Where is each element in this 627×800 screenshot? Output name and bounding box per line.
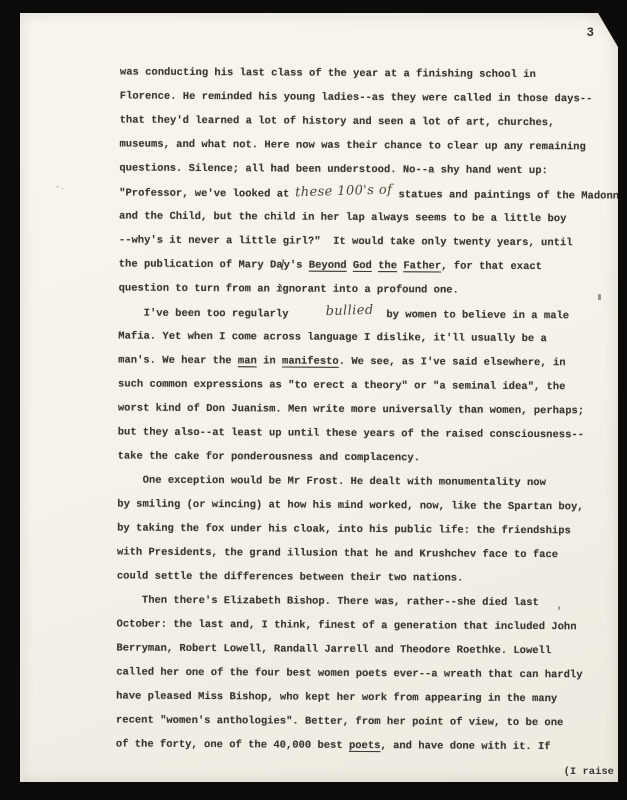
typed-text-segment: museums, and what not. Here now was thei… [119,138,585,153]
typed-text-segment: by smiling (or wincing) at how his mind … [117,498,583,513]
typed-line: Then there's Elizabeth Bishop. There was… [117,588,611,615]
margin-smudge: -. [56,182,65,191]
typed-text-segment: Berryman, Robert Lowell, Randall Jarrell… [116,642,551,657]
footer-continuation: (I raise [564,760,614,784]
typed-text-segment: October: the last and, I think, finest o… [117,618,577,633]
typed-line: have pleased Miss Bishop, who kept her w… [116,684,610,711]
handwritten-annotation: these 100's of [289,178,399,205]
typed-text-block: was conducting his last class of the yea… [116,60,614,759]
typed-text-segment: and the Child, but the child in her lap … [119,210,566,225]
typed-text-segment: man's. We hear the [118,354,238,367]
inserted-letter: l [281,254,285,278]
typed-text-segment: by women to believe in a male [380,309,569,322]
typed-line: "Professor, we've looked atthese 100's o… [119,180,613,207]
typed-text-segment: questions. Silence; all had been underst… [119,162,548,177]
typed-text-segment: Mafia. Yet when I come across language I… [118,330,547,345]
underlined-word: man [238,355,257,367]
typed-text-segment: Then there's Elizabeth Bishop. There was… [142,595,539,609]
typed-line: I've been too regularly bullied by women… [118,300,612,327]
typed-line: Berryman, Robert Lowell, Randall Jarrell… [116,636,610,663]
typed-text-segment: the publication of Mary Da [119,258,283,271]
typed-line: by smiling (or wincing) at how his mind … [117,492,611,519]
underlined-word: poets [349,740,381,752]
typed-line: by taking the fox under his cloak, into … [117,516,611,543]
typed-line: recent "women's anthologies". Better, fr… [116,708,610,735]
typed-line: worst kind of Don Juanism. Men write mor… [118,396,612,423]
underlined-word: God [353,260,372,272]
typed-line: but they also--at least up until these y… [118,420,612,447]
typed-line: with Presidents, the grand illusion that… [117,540,611,567]
typed-text-segment: statues and paintings of the Madonna [399,189,626,202]
typed-line: take the cake for ponderousness and comp… [118,444,612,471]
typed-line: was conducting his last class of the yea… [120,60,614,87]
typed-text-segment: question to turn from an ignorant into a… [119,282,459,296]
typed-text-segment: --why's it never a little girl?" It woul… [119,234,573,249]
typed-line: such common expressions as "to erect a t… [118,372,612,399]
underlined-word: Father [403,260,441,272]
typed-text-segment: . We see, as I've said elsewhere, in [339,356,566,369]
typed-text-segment: y's [284,259,309,271]
typed-line: called her one of the four best women po… [116,660,610,687]
typed-line: One exception would be Mr Frost. He deal… [117,468,611,495]
typed-text-segment: , and have done with it. If [380,740,550,753]
paper: 3 -. ' was conducting his last class of … [20,13,618,782]
typed-line: Mafia. Yet when I come across language I… [118,324,612,351]
typed-text-segment: , for that exact [441,260,542,273]
typed-text-segment: could settle the differences between the… [117,570,464,584]
typed-text-segment: worst kind of Don Juanism. Men write mor… [118,402,584,417]
typed-text-segment: Florence. He reminded his young ladies--… [120,90,593,105]
typed-line: of the forty, one of the 40,000 best poe… [116,732,610,759]
typed-text-segment: One exception would be Mr Frost. He deal… [143,475,546,489]
typed-text-segment: but they also--at least up until these y… [118,426,584,441]
typed-line: October: the last and, I think, finest o… [116,612,610,639]
typed-line: Florence. He reminded his young ladies--… [120,84,614,111]
typed-line: man's. We hear the man in manifesto. We … [118,348,612,375]
typed-line: could settle the differences between the… [117,564,611,591]
typed-line: that they'd learned a lot of history and… [120,108,614,135]
typed-line: the publication of Mary Dal∧y's Beyond G… [119,252,613,279]
typed-text-segment: recent "women's anthologies". Better, fr… [116,714,563,729]
typed-text-segment: have pleased Miss Bishop, who kept her w… [116,690,557,705]
typed-line: museums, and what not. Here now was thei… [119,132,613,159]
typed-text-segment: with Presidents, the grand illusion that… [117,546,558,561]
underlined-word: manifesto [282,355,339,367]
caret-mark: ∧ [278,276,283,300]
typed-text-segment: take the cake for ponderousness and comp… [118,450,421,464]
typed-text-segment: in [257,355,282,367]
underlined-word: Beyond [309,260,347,272]
typed-text-segment: "Professor, we've looked at [119,187,289,200]
typed-line: --why's it never a little girl?" It woul… [119,228,613,255]
typed-line: and the Child, but the child in her lap … [119,204,613,231]
page-number: 3 [586,25,594,41]
typed-text-segment: that they'd learned a lot of history and… [120,114,555,129]
typed-text-segment: was conducting his last class of the yea… [120,66,536,81]
typed-text-segment: of the forty, one of the 40,000 best [116,738,349,751]
typed-text-segment: by taking the fox under his cloak, into … [117,522,571,537]
underlined-word: the [378,260,397,272]
typed-text-segment: such common expressions as "to erect a t… [118,378,565,393]
handwritten-annotation: bullied [295,299,381,325]
typed-text-segment: called her one of the four best women po… [116,666,582,681]
scan-background: 3 -. ' was conducting his last class of … [0,0,627,800]
typed-text-segment: I've been too regularly [144,308,295,321]
